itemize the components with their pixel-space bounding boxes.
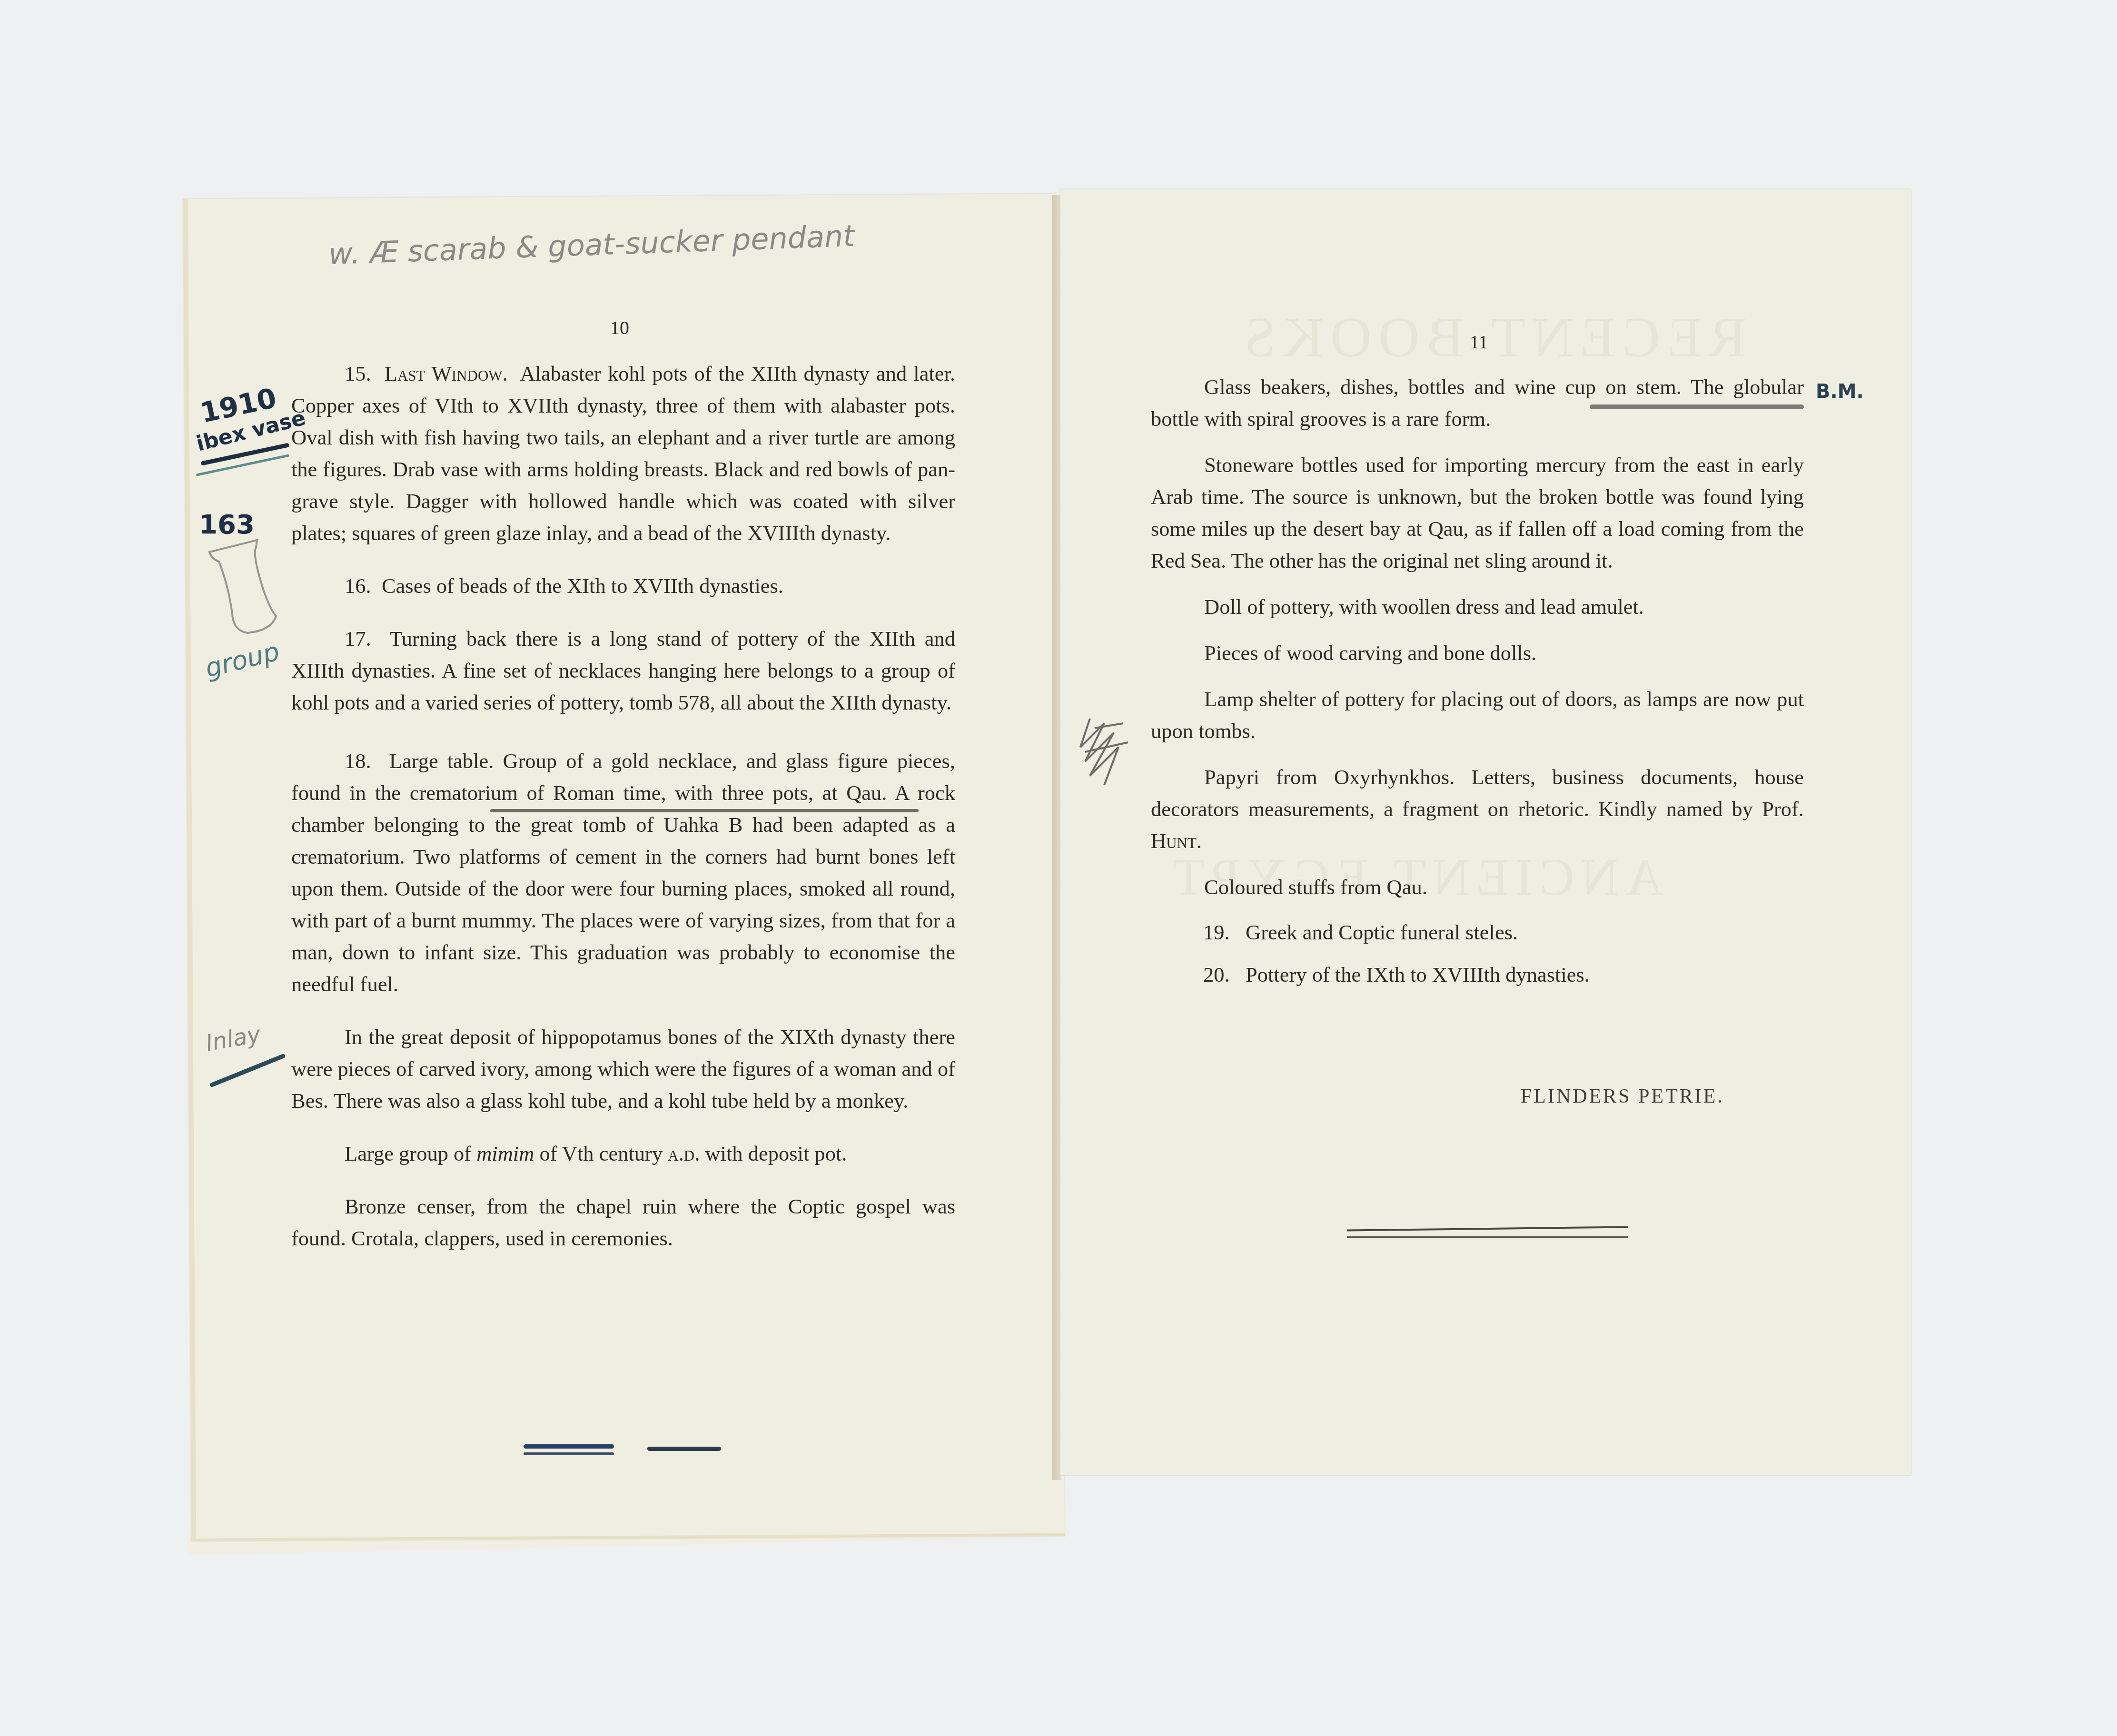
paragraph-17: 17. Turning back there is a long stand o…: [291, 623, 955, 719]
double-rule-bottom: [1347, 1236, 1628, 1238]
item-text: Cases of beads of the XIth to XVIIth dyn…: [382, 574, 783, 598]
right-page-body: Glass beakers, dishes, bottles and wine …: [1151, 371, 1804, 991]
item-text: Papyri from Oxyrhynkhos. Letters, busine…: [1151, 765, 1804, 821]
paragraph-papyri: Papyri from Oxyrhynkhos. Letters, busine…: [1151, 761, 1804, 857]
paragraph-glass-beakers: Glass beakers, dishes, bottles and wine …: [1151, 371, 1804, 435]
item-number: 20.: [1203, 963, 1230, 986]
item-text: Greek and Coptic funeral steles.: [1246, 920, 1518, 944]
paragraph-bronze-censer: Bronze censer, from the chapel ruin wher…: [291, 1191, 955, 1254]
paragraph-doll: Doll of pottery, with woollen dress and …: [1151, 591, 1804, 623]
item-text: Bronze censer, from the chapel ruin wher…: [291, 1194, 955, 1250]
pencil-underline-wine-cup: [1590, 404, 1804, 409]
paragraph-stoneware: Stoneware bottles used for importing mer…: [1151, 449, 1804, 577]
page-number-right: 11: [1470, 331, 1488, 353]
smallcaps-term: a.d.: [668, 1142, 700, 1165]
item-text: Coloured stuffs from Qau.: [1204, 875, 1427, 899]
item-text: Stoneware bottles used for importing mer…: [1151, 453, 1804, 572]
item-number: 15.: [345, 362, 371, 385]
paragraph-mimim: Large group of mimim of Vth century a.d.…: [291, 1138, 955, 1170]
smallcaps-name: Hunt.: [1151, 829, 1202, 853]
text-segment: with deposit pot.: [705, 1142, 847, 1165]
item-heading: Last Window.: [385, 362, 508, 385]
paragraph-coloured-stuffs: Coloured stuffs from Qau.: [1151, 871, 1804, 903]
ink-underline-clappers: [647, 1447, 721, 1451]
paragraph-lamp-shelter: Lamp shelter of pottery for placing out …: [1151, 683, 1804, 747]
item-text: Glass beakers, dishes, bottles and wine …: [1151, 375, 1804, 431]
left-page-body: 15. Last Window. Alabaster kohl pots of …: [291, 358, 955, 1254]
item-number: 19.: [1203, 920, 1230, 944]
ink-underline-crotala-2: [524, 1452, 614, 1455]
paragraph-16: 16. Cases of beads of the XIth to XVIIth…: [291, 570, 955, 602]
vase-sketch-icon: [200, 533, 290, 638]
text-segment: Large group of: [345, 1142, 471, 1165]
ink-underline-crotala: [524, 1444, 614, 1449]
paragraph-hippopotamus: In the great deposit of hippopotamus bon…: [291, 1021, 955, 1117]
bleed-through-heading: RECENT BOOKS: [1237, 305, 1746, 370]
text-segment: of Vth century: [539, 1142, 663, 1165]
paragraph-19: 19. Greek and Coptic funeral steles.: [1151, 917, 1804, 948]
paragraph-15: 15. Last Window. Alabaster kohl pots of …: [291, 358, 955, 549]
item-text: Large table. Group of a gold necklace, a…: [291, 749, 955, 996]
signature: FLINDERS PETRIE.: [1521, 1085, 1724, 1108]
item-number: 18.: [345, 749, 371, 773]
paragraph-18: 18. Large table. Group of a gold necklac…: [291, 745, 955, 1000]
book-gutter: [1052, 195, 1061, 1480]
italic-term: mimim: [476, 1142, 534, 1165]
item-text: Turning back there is a long stand of po…: [291, 627, 955, 714]
pencil-scribble-mark-icon: [1076, 709, 1142, 790]
item-number: 17.: [345, 627, 371, 651]
item-text: Alabaster kohl pots of the XIIth dynasty…: [291, 362, 955, 545]
item-text: Pottery of the IXth to XVIIIth dynasties…: [1246, 963, 1590, 986]
page-number-left: 10: [610, 316, 629, 339]
item-text: Doll of pottery, with woollen dress and …: [1204, 595, 1644, 619]
pencil-underline-tomb-578: [490, 809, 919, 812]
margin-note-bm: B.M.: [1816, 381, 1864, 403]
paragraph-wood-carving: Pieces of wood carving and bone dolls.: [1151, 637, 1804, 669]
item-text: Pieces of wood carving and bone dolls.: [1204, 641, 1536, 665]
item-text: Lamp shelter of pottery for placing out …: [1151, 687, 1804, 743]
item-number: 16.: [345, 574, 371, 598]
item-text: In the great deposit of hippopotamus bon…: [291, 1025, 955, 1113]
paragraph-20: 20. Pottery of the IXth to XVIIIth dynas…: [1151, 959, 1804, 991]
